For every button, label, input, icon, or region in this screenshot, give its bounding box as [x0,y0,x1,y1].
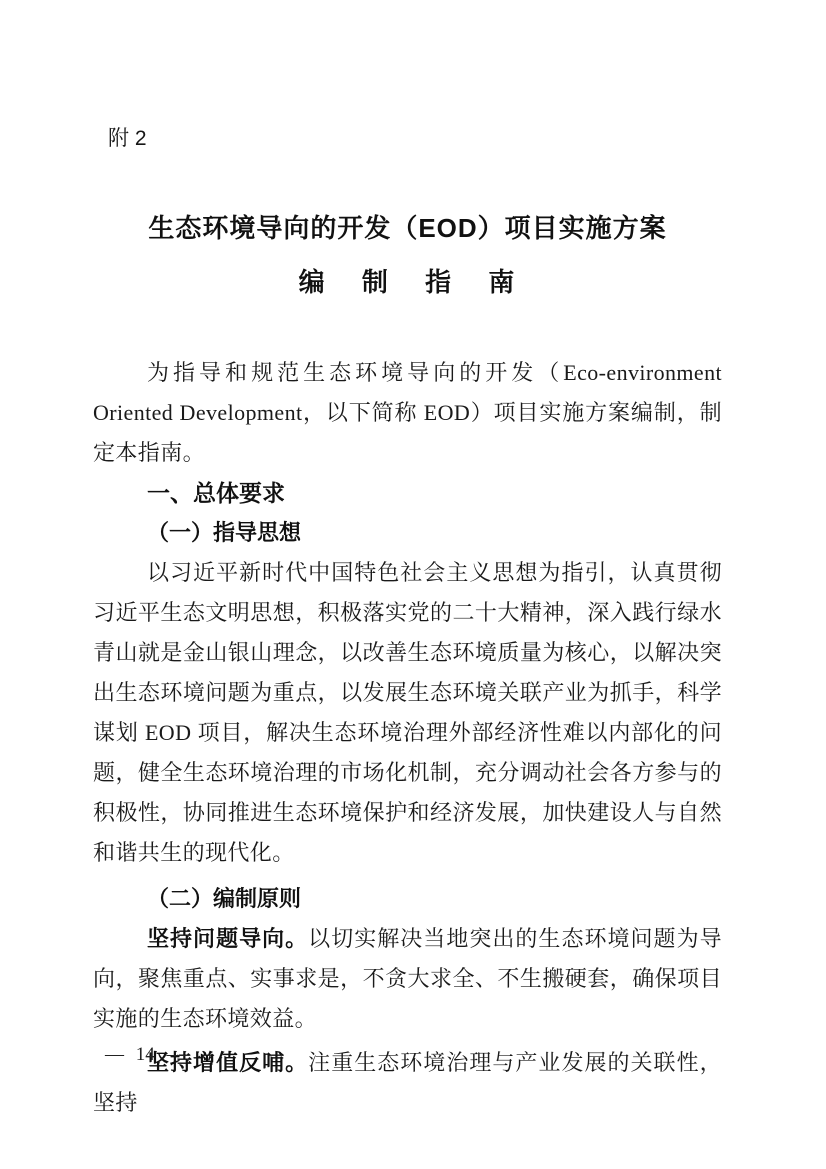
subsection-heading-compilation-principles: （二）编制原则 [93,879,722,919]
guiding-ideology-paragraph: 以习近平新时代中国特色社会主义思想为指引，认真贯彻习近平生态文明思想，积极落实党… [93,553,722,873]
page-number: — 14 — [105,1044,186,1065]
subsection-heading-guiding-ideology: （一）指导思想 [93,513,722,553]
principle-value-feedback-paragraph: 坚持增值反哺。注重生态环境治理与产业发展的关联性，坚持 [93,1043,722,1123]
doc-subtitle: 编 制 指 南 [93,265,722,299]
page-footer: — 14 — [105,1044,186,1066]
document-body: 为指导和规范生态环境导向的开发（Eco-environment Oriented… [93,353,722,1123]
intro-paragraph: 为指导和规范生态环境导向的开发（Eco-environment Oriented… [93,353,722,473]
principle-problem-oriented-lead: 坚持问题导向。 [147,926,308,951]
principle-problem-oriented-paragraph: 坚持问题导向。以切实解决当地突出的生态环境问题为导向，聚焦重点、实事求是，不贪大… [93,919,722,1039]
document-page: 附 2 生态环境导向的开发（EOD）项目实施方案 编 制 指 南 为指导和规范生… [0,0,826,1169]
attachment-label: 附 2 [108,124,722,154]
doc-title: 生态环境导向的开发（EOD）项目实施方案 [93,211,722,245]
section-heading-overall-requirements: 一、总体要求 [93,473,722,513]
